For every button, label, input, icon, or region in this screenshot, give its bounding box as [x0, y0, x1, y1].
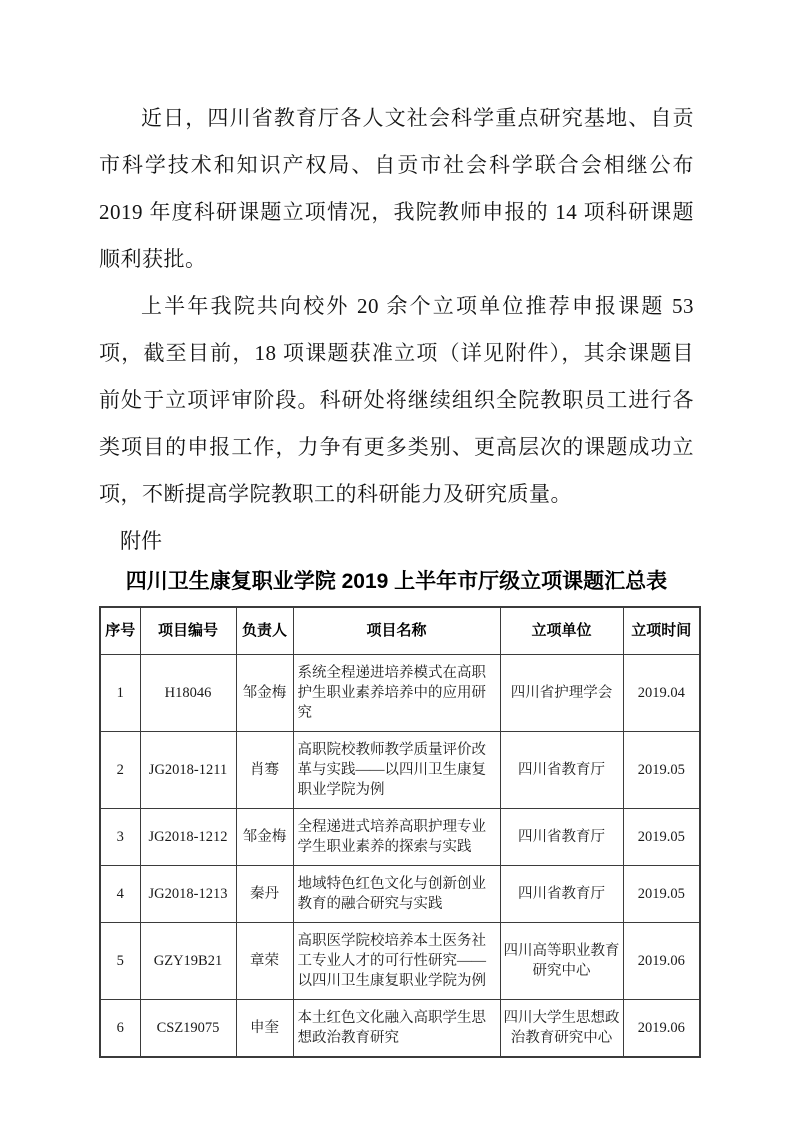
cell-leader: 秦丹 [236, 866, 293, 923]
cell-unit: 四川高等职业教育研究中心 [500, 923, 623, 1000]
table-header-row: 序号 项目编号 负责人 项目名称 立项单位 立项时间 [100, 607, 700, 655]
cell-seq: 3 [100, 809, 140, 866]
cell-unit: 四川大学生思想政治教育研究中心 [500, 1000, 623, 1058]
attachment-label: 附件 [99, 527, 694, 557]
cell-project-name: 系统全程递进培养模式在高职护生职业素养培养中的应用研究 [293, 655, 500, 732]
cell-seq: 4 [100, 866, 140, 923]
cell-project-name: 高职院校教师教学质量评价改革与实践——以四川卫生康复职业学院为例 [293, 732, 500, 809]
header-unit: 立项单位 [500, 607, 623, 655]
cell-date: 2019.06 [623, 923, 700, 1000]
cell-project-no: JG2018-1211 [140, 732, 236, 809]
cell-project-no: H18046 [140, 655, 236, 732]
table-row: 3JG2018-1212邹金梅全程递进式培养高职护理专业学生职业素养的探索与实践… [100, 809, 700, 866]
projects-table: 序号 项目编号 负责人 项目名称 立项单位 立项时间 1H18046邹金梅系统全… [99, 606, 701, 1058]
cell-unit: 四川省护理学会 [500, 655, 623, 732]
cell-project-no: CSZ19075 [140, 1000, 236, 1058]
cell-seq: 1 [100, 655, 140, 732]
cell-date: 2019.05 [623, 809, 700, 866]
cell-date: 2019.05 [623, 732, 700, 809]
table-body: 1H18046邹金梅系统全程递进培养模式在高职护生职业素养培养中的应用研究四川省… [100, 655, 700, 1058]
document-page: 近日，四川省教育厅各人文社会科学重点研究基地、自贡市科学技术和知识产权局、自贡市… [0, 0, 793, 1122]
cell-seq: 2 [100, 732, 140, 809]
cell-project-name: 地域特色红色文化与创新创业教育的融合研究与实践 [293, 866, 500, 923]
header-project-no: 项目编号 [140, 607, 236, 655]
table-row: 2JG2018-1211肖骞高职院校教师教学质量评价改革与实践——以四川卫生康复… [100, 732, 700, 809]
header-leader: 负责人 [236, 607, 293, 655]
table-row: 6CSZ19075申奎本土红色文化融入高职学生思想政治教育研究四川大学生思想政治… [100, 1000, 700, 1058]
cell-seq: 5 [100, 923, 140, 1000]
cell-leader: 邹金梅 [236, 809, 293, 866]
header-date: 立项时间 [623, 607, 700, 655]
cell-date: 2019.04 [623, 655, 700, 732]
cell-leader: 肖骞 [236, 732, 293, 809]
paragraph-announcement: 近日，四川省教育厅各人文社会科学重点研究基地、自贡市科学技术和知识产权局、自贡市… [99, 95, 694, 283]
cell-unit: 四川省教育厅 [500, 809, 623, 866]
cell-date: 2019.05 [623, 866, 700, 923]
cell-project-no: GZY19B21 [140, 923, 236, 1000]
cell-project-name: 本土红色文化融入高职学生思想政治教育研究 [293, 1000, 500, 1058]
cell-project-name: 高职医学院校培养本土医务社工专业人才的可行性研究——以四川卫生康复职业学院为例 [293, 923, 500, 1000]
table-row: 1H18046邹金梅系统全程递进培养模式在高职护生职业素养培养中的应用研究四川省… [100, 655, 700, 732]
cell-leader: 章荣 [236, 923, 293, 1000]
cell-unit: 四川省教育厅 [500, 732, 623, 809]
paragraph-summary: 上半年我院共向校外 20 余个立项单位推荐申报课题 53 项，截至目前，18 项… [99, 283, 694, 518]
cell-seq: 6 [100, 1000, 140, 1058]
cell-leader: 申奎 [236, 1000, 293, 1058]
cell-project-no: JG2018-1212 [140, 809, 236, 866]
cell-project-name: 全程递进式培养高职护理专业学生职业素养的探索与实践 [293, 809, 500, 866]
cell-unit: 四川省教育厅 [500, 866, 623, 923]
cell-date: 2019.06 [623, 1000, 700, 1058]
cell-project-no: JG2018-1213 [140, 866, 236, 923]
table-title: 四川卫生康复职业学院 2019 上半年市厅级立项课题汇总表 [99, 567, 694, 597]
cell-leader: 邹金梅 [236, 655, 293, 732]
header-project-name: 项目名称 [293, 607, 500, 655]
table-row: 5GZY19B21章荣高职医学院校培养本土医务社工专业人才的可行性研究——以四川… [100, 923, 700, 1000]
header-seq: 序号 [100, 607, 140, 655]
table-row: 4JG2018-1213秦丹地域特色红色文化与创新创业教育的融合研究与实践四川省… [100, 866, 700, 923]
